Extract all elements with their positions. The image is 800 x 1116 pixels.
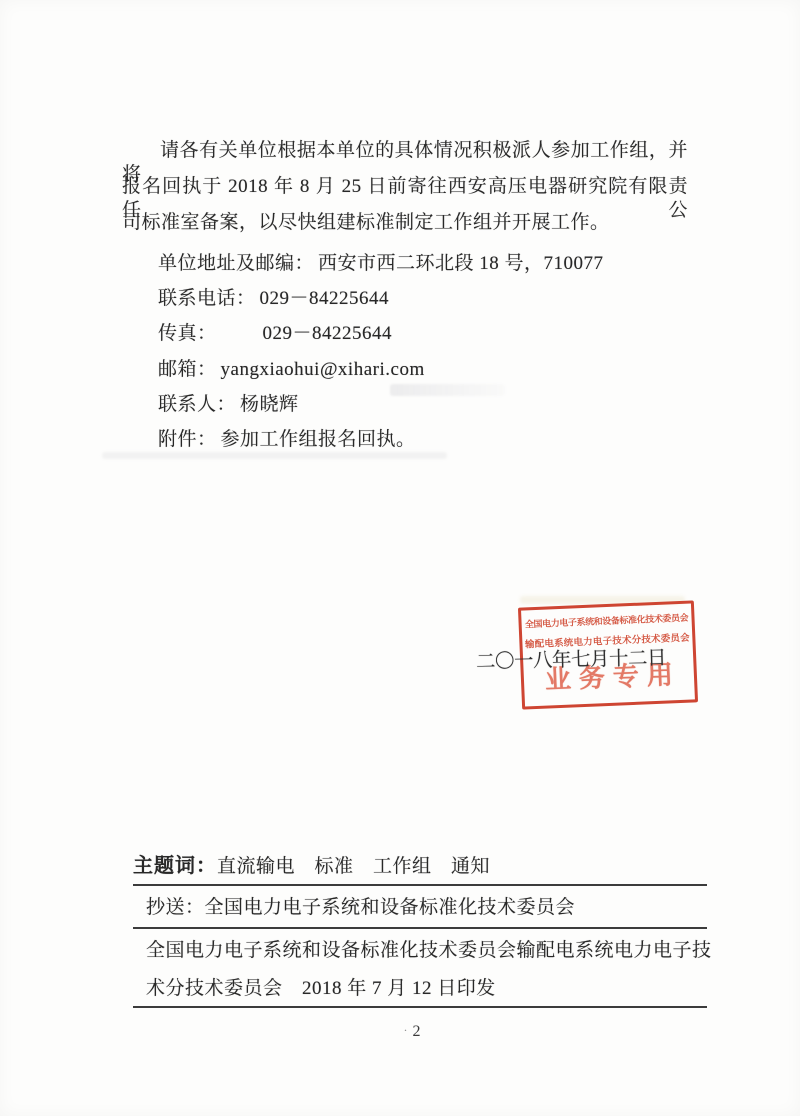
subject-keywords-row: 主题词：直流输电 标准 工作组 通知 (133, 854, 490, 879)
attachment-value: 参加工作组报名回执。 (221, 429, 416, 450)
subject-label: 主题词： (133, 855, 217, 877)
address-value: 西安市西二环北段 18 号，710077 (318, 253, 604, 274)
scanned-document-page: 请各有关单位根据本单位的具体情况积极派人参加工作组，并将 报名回执于 2018 … (0, 0, 800, 1116)
fax-label: 传真： (158, 323, 217, 344)
email-row: 邮箱：yangxiaohui@xihari.com (158, 358, 425, 382)
separator-rule-bottom (133, 1006, 707, 1008)
phone-value: 029－84225644 (260, 288, 390, 309)
attachment-row: 附件：参加工作组报名回执。 (158, 428, 416, 452)
separator-rule-middle (133, 927, 707, 929)
email-value: yangxiaohui@xihari.com (221, 359, 425, 380)
phone-row: 联系电话：029－84225644 (158, 287, 389, 311)
cc-row: 抄送：全国电力电子系统和设备标准化技术委员会 (146, 896, 575, 920)
subject-keywords: 直流输电 标准 工作组 通知 (217, 856, 490, 877)
page-number-dot: · (404, 1023, 408, 1037)
phone-label: 联系电话： (158, 288, 256, 309)
issuer-line: 全国电力电子系统和设备标准化技术委员会输配电系统电力电子技 (146, 939, 712, 963)
contact-person-value: 杨晓辉 (240, 394, 299, 415)
issuer-line: 术分技术委员会 2018 年 7 月 12 日印发 (146, 977, 496, 1001)
page-number: ·2 (392, 1023, 432, 1041)
page-number-value: 2 (413, 1023, 421, 1040)
showthrough-artifact (390, 384, 505, 396)
fax-row: 传真：029－84225644 (158, 322, 392, 346)
contact-person-label: 联系人： (158, 394, 236, 415)
attachment-label: 附件： (158, 429, 217, 450)
showthrough-artifact (102, 452, 447, 459)
address-row: 单位地址及邮编：西安市西二环北段 18 号，710077 (158, 252, 604, 276)
issue-date: 二〇一八年七月十二日 (476, 647, 666, 675)
email-label: 邮箱： (158, 359, 217, 380)
contact-person-row: 联系人：杨晓辉 (158, 393, 299, 417)
address-label: 单位地址及邮编： (158, 253, 314, 274)
paragraph-line: 司标准室备案，以尽快组建标准制定工作组并开展工作。 (122, 211, 688, 235)
stamp-committee-line: 全国电力电子系统和设备标准化技术委员会 (521, 610, 691, 630)
separator-rule-top (133, 884, 707, 886)
fax-value: 029－84225644 (263, 323, 393, 344)
